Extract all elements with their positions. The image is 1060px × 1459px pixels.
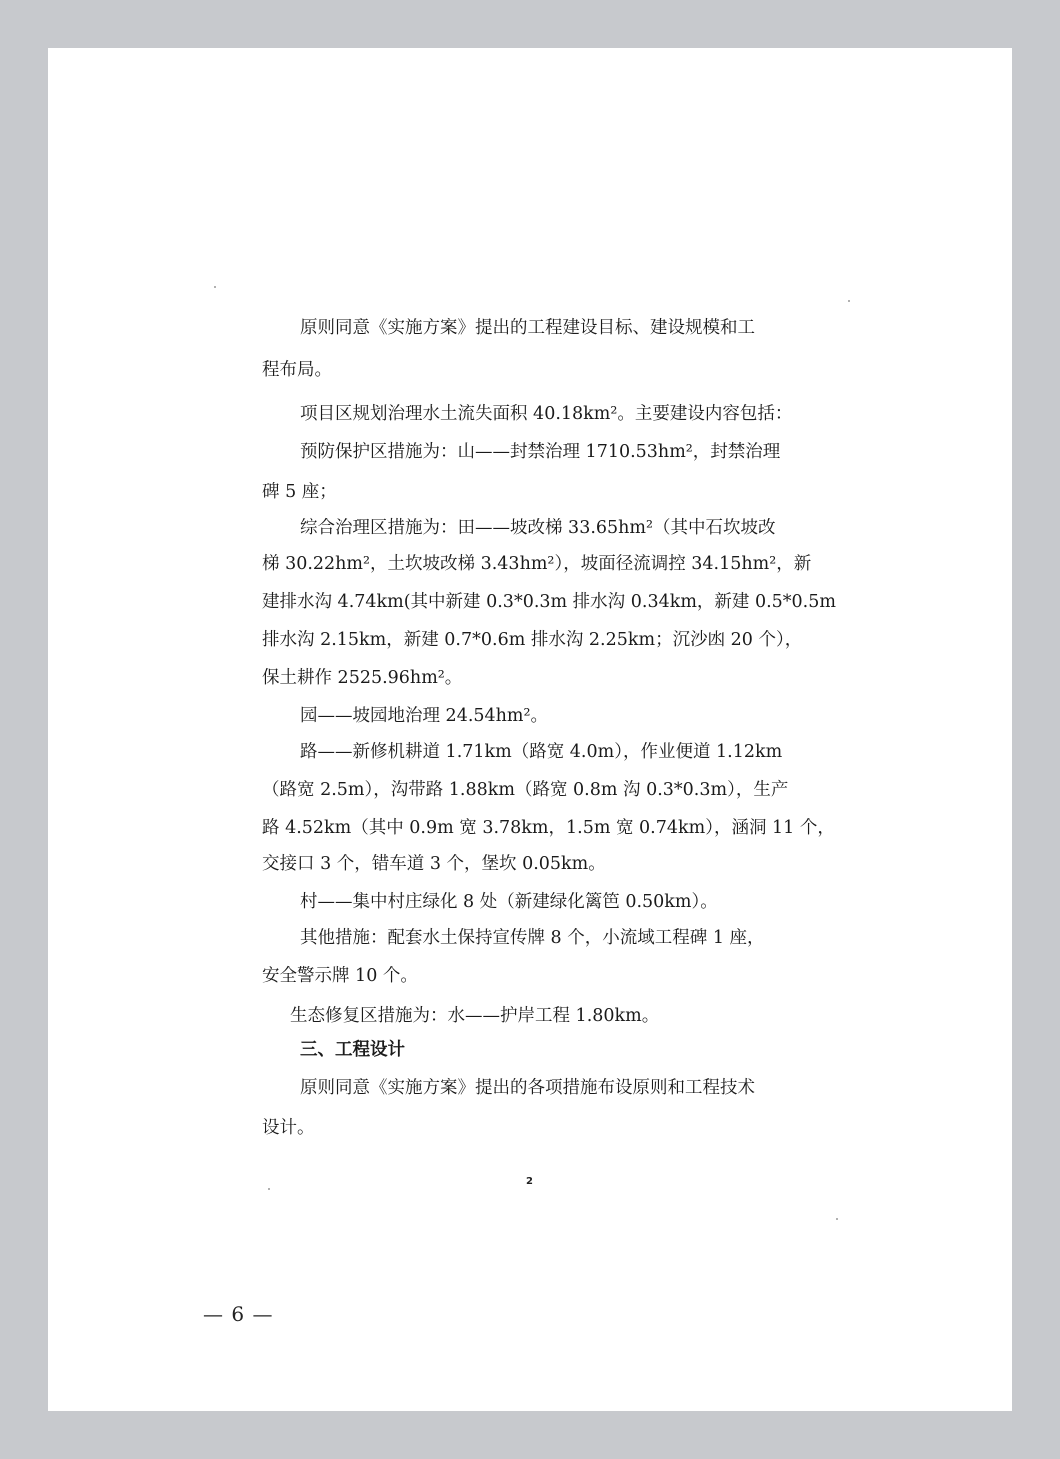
paragraph-line: 园——坡园地治理 24.54hm²。 xyxy=(300,704,548,728)
paragraph-line: 排水沟 2.15km，新建 0.7*0.6m 排水沟 2.25km；沉沙凼 20… xyxy=(262,628,802,652)
paragraph-line: 梯 30.22hm²，土坎坡改梯 3.43hm²），坡面径流调控 34.15hm… xyxy=(262,552,811,576)
section-heading: 三、工程设计 xyxy=(300,1038,405,1062)
inner-page-number: 2 xyxy=(526,1176,533,1187)
paragraph-line: 程布局。 xyxy=(262,358,332,382)
scan-speck xyxy=(848,300,850,302)
scan-speck xyxy=(268,1188,270,1190)
document-page xyxy=(48,48,1012,1411)
paragraph-line: 其他措施：配套水土保持宣传牌 8 个，小流域工程碑 1 座， xyxy=(300,926,765,950)
paragraph-line: 建排水沟 4.74km(其中新建 0.3*0.3m 排水沟 0.34km，新建 … xyxy=(262,590,836,614)
paragraph-line: 路 4.52km（其中 0.9m 宽 3.78km，1.5m 宽 0.74km）… xyxy=(262,816,835,840)
paragraph-line: 路——新修机耕道 1.71km（路宽 4.0m），作业便道 1.12km xyxy=(300,740,782,764)
paragraph-line: 综合治理区措施为：田——坡改梯 33.65hm²（其中石坎坡改 xyxy=(300,516,776,540)
paragraph-line: 原则同意《实施方案》提出的工程建设目标、建设规模和工 xyxy=(300,316,755,340)
scan-speck xyxy=(836,1218,838,1220)
paragraph-line: 设计。 xyxy=(262,1116,315,1140)
scan-speck xyxy=(214,286,216,288)
paragraph-line: 安全警示牌 10 个。 xyxy=(262,964,418,988)
footer-page-number: — 6 — xyxy=(203,1302,273,1326)
paragraph-line: 项目区规划治理水土流失面积 40.18km²。主要建设内容包括： xyxy=(300,402,792,426)
paragraph-line: 村——集中村庄绿化 8 处（新建绿化篱笆 0.50km）。 xyxy=(300,890,718,914)
paragraph-line: 预防保护区措施为：山——封禁治理 1710.53hm²，封禁治理 xyxy=(300,440,780,464)
paragraph-line: 保土耕作 2525.96hm²。 xyxy=(262,666,462,690)
paragraph-line: 交接口 3 个，错车道 3 个，堡坎 0.05km。 xyxy=(262,852,606,876)
paragraph-line: 原则同意《实施方案》提出的各项措施布设原则和工程技术 xyxy=(300,1076,755,1100)
paragraph-line: 生态修复区措施为：水——护岸工程 1.80km。 xyxy=(290,1004,659,1028)
paragraph-line: （路宽 2.5m），沟带路 1.88km（路宽 0.8m 沟 0.3*0.3m）… xyxy=(262,778,788,802)
paragraph-line: 碑 5 座； xyxy=(262,480,337,504)
